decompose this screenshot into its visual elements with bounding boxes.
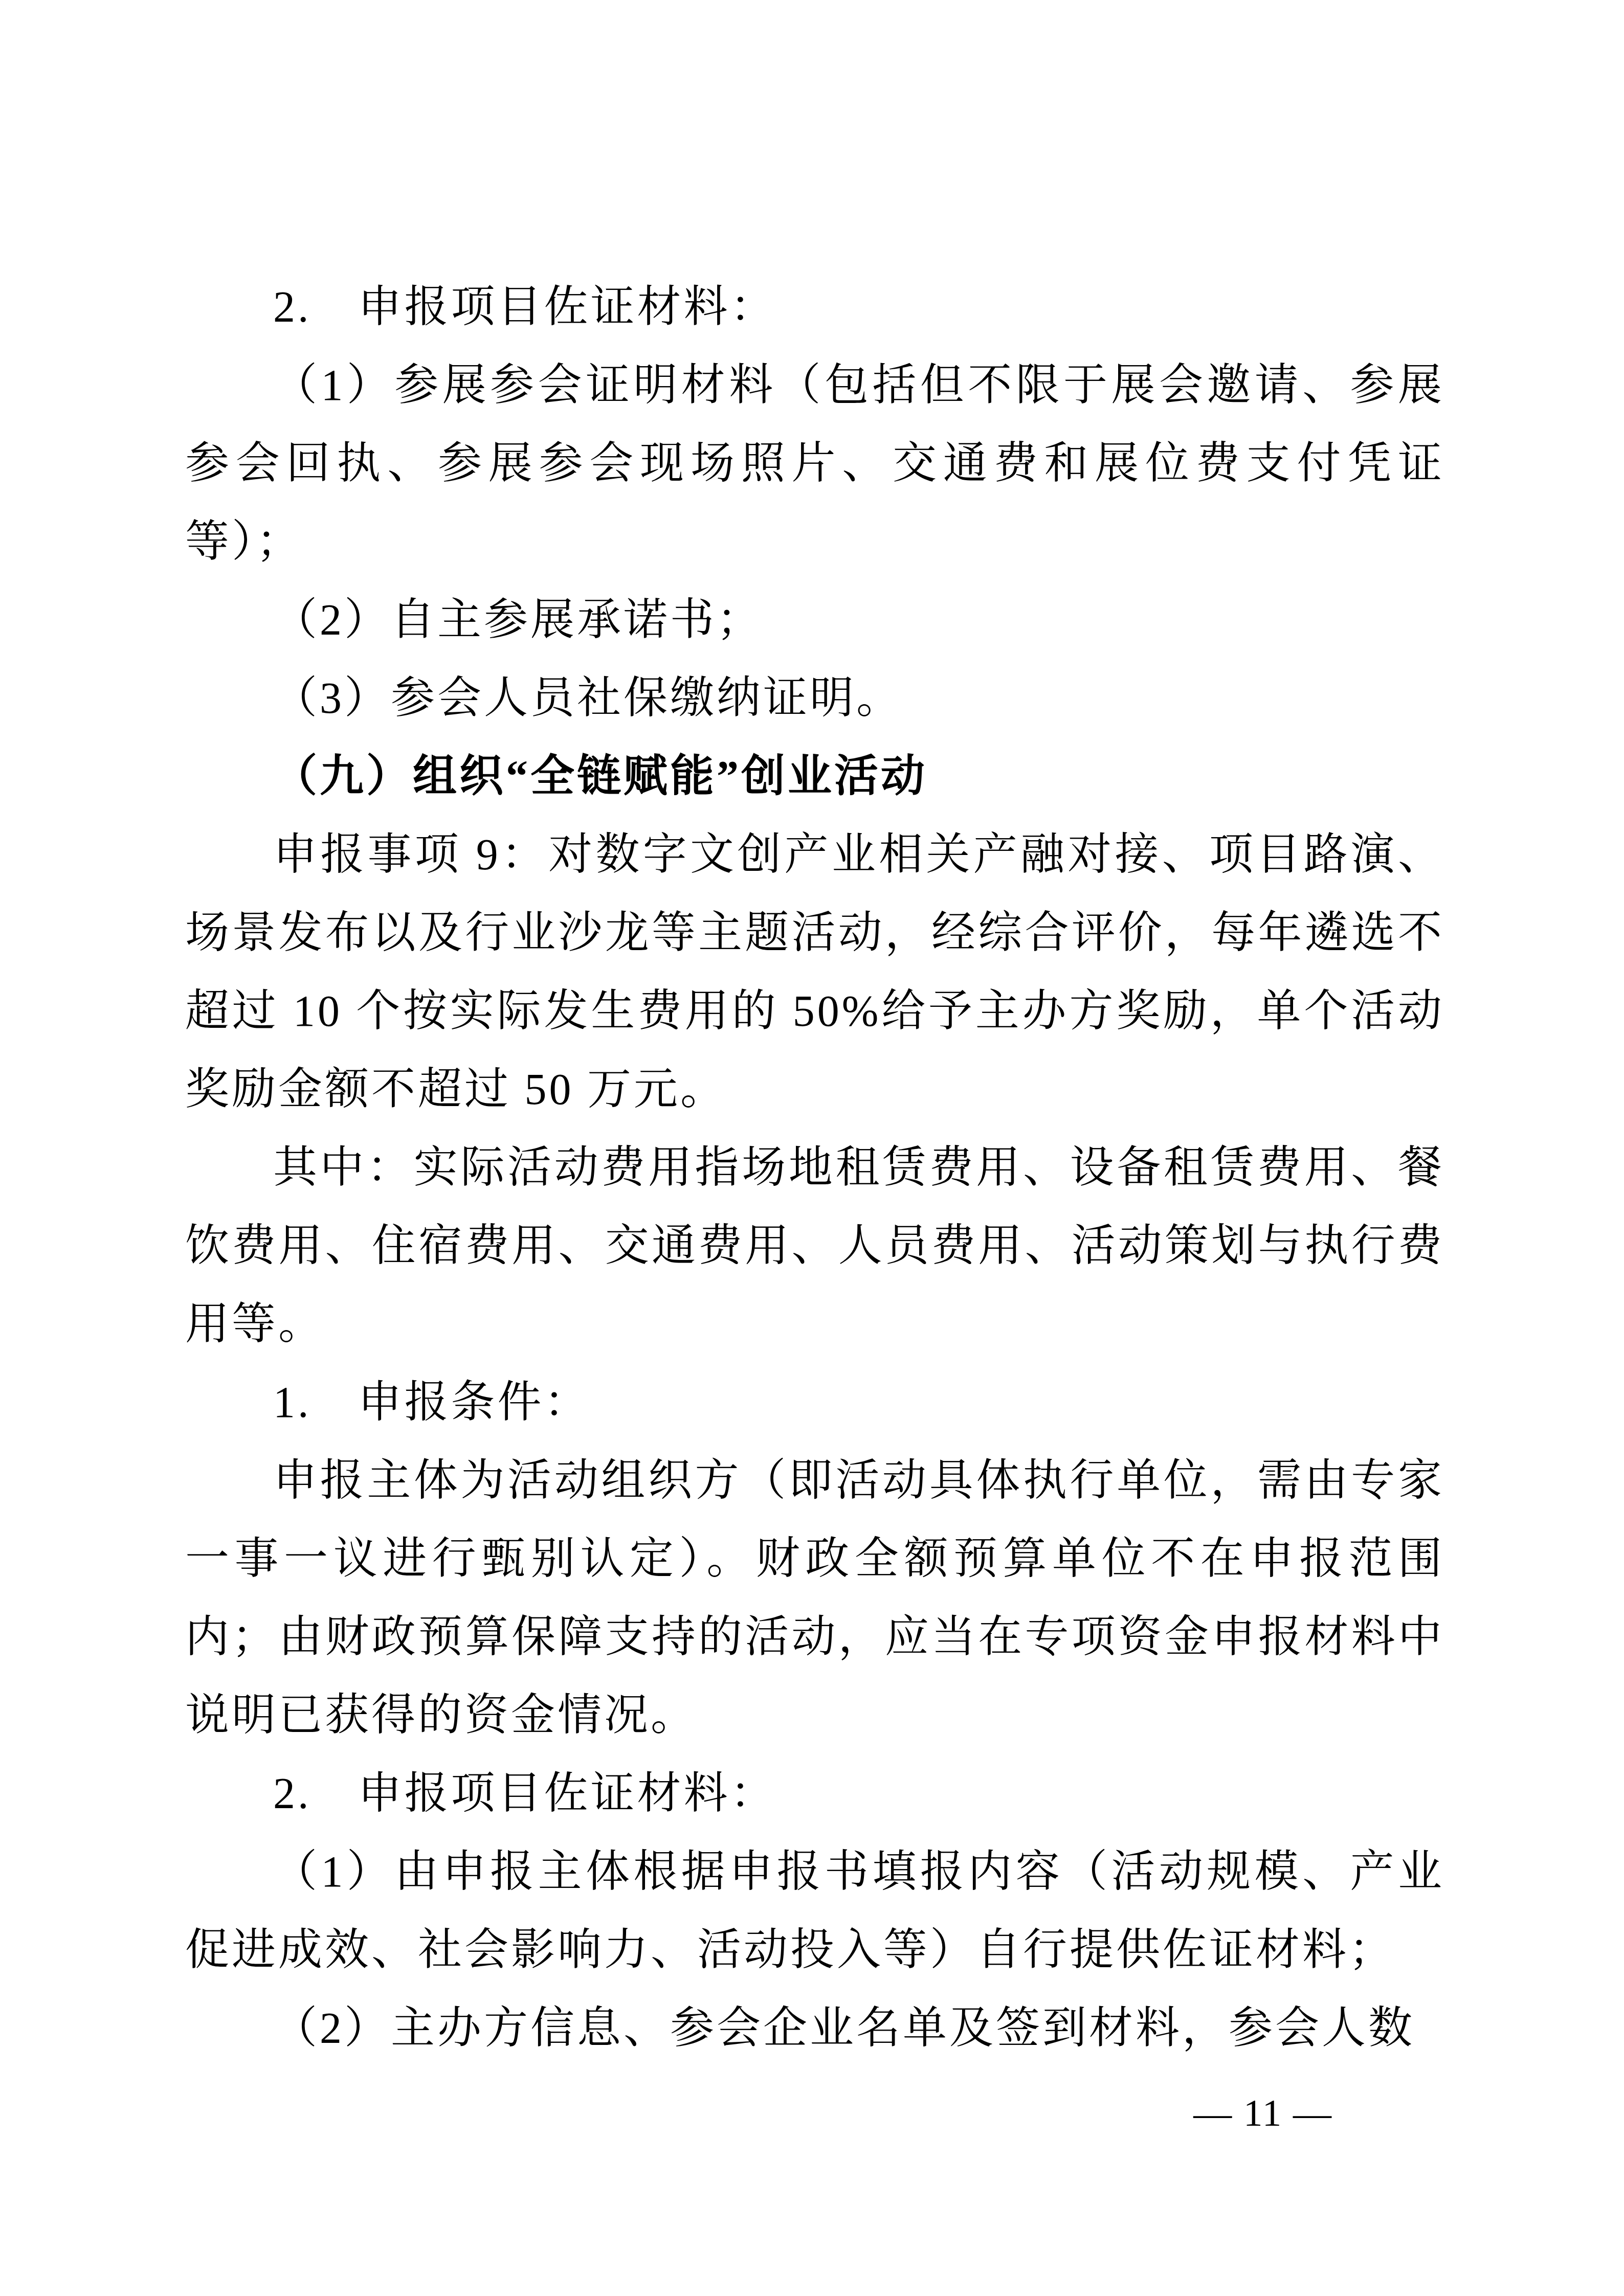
sub-item-2-organizer-info: （2）主办方信息、参会企业名单及签到材料，参会人数: [185, 1989, 1444, 2067]
actual-activity-expenses-paragraph: 其中：实际活动费用指场地租赁费用、设备租赁费用、餐饮费用、住宿费用、交通费用、人…: [185, 1129, 1444, 1363]
section-nine-heading: （九）组织“全链赋能”创业活动: [185, 737, 1444, 816]
item-2-evidence-materials-heading-2: 2. 申报项目佐证材料：: [185, 1754, 1444, 1833]
sub-item-1-self-provided-evidence: （1）由申报主体根据申报书填报内容（活动规模、产业促进成效、社会影响力、活动投入…: [185, 1833, 1444, 1989]
document-body: 2. 申报项目佐证材料： （1）参展参会证明材料（包括但不限于展会邀请、参展参会…: [185, 268, 1444, 2067]
item-1-application-conditions-heading: 1. 申报条件：: [185, 1363, 1444, 1442]
page-number: — 11 —: [1193, 2088, 1332, 2139]
sub-item-3-social-insurance-proof: （3）参会人员社保缴纳证明。: [185, 659, 1444, 737]
application-subject-paragraph: 申报主体为活动组织方（即活动具体执行单位，需由专家一事一议进行甄别认定）。财政全…: [185, 1442, 1444, 1754]
sub-item-1-exhibition-proof: （1）参展参会证明材料（包括但不限于展会邀请、参展参会回执、参展参会现场照片、交…: [185, 346, 1444, 581]
declaration-item-9-paragraph: 申报事项 9：对数字文创产业相关产融对接、项目路演、场景发布以及行业沙龙等主题活…: [185, 816, 1444, 1129]
document-page: 2. 申报项目佐证材料： （1）参展参会证明材料（包括但不限于展会邀请、参展参会…: [0, 0, 1624, 2296]
sub-item-2-self-exhibition-commitment: （2）自主参展承诺书；: [185, 581, 1444, 659]
item-2-evidence-materials-heading: 2. 申报项目佐证材料：: [185, 268, 1444, 346]
